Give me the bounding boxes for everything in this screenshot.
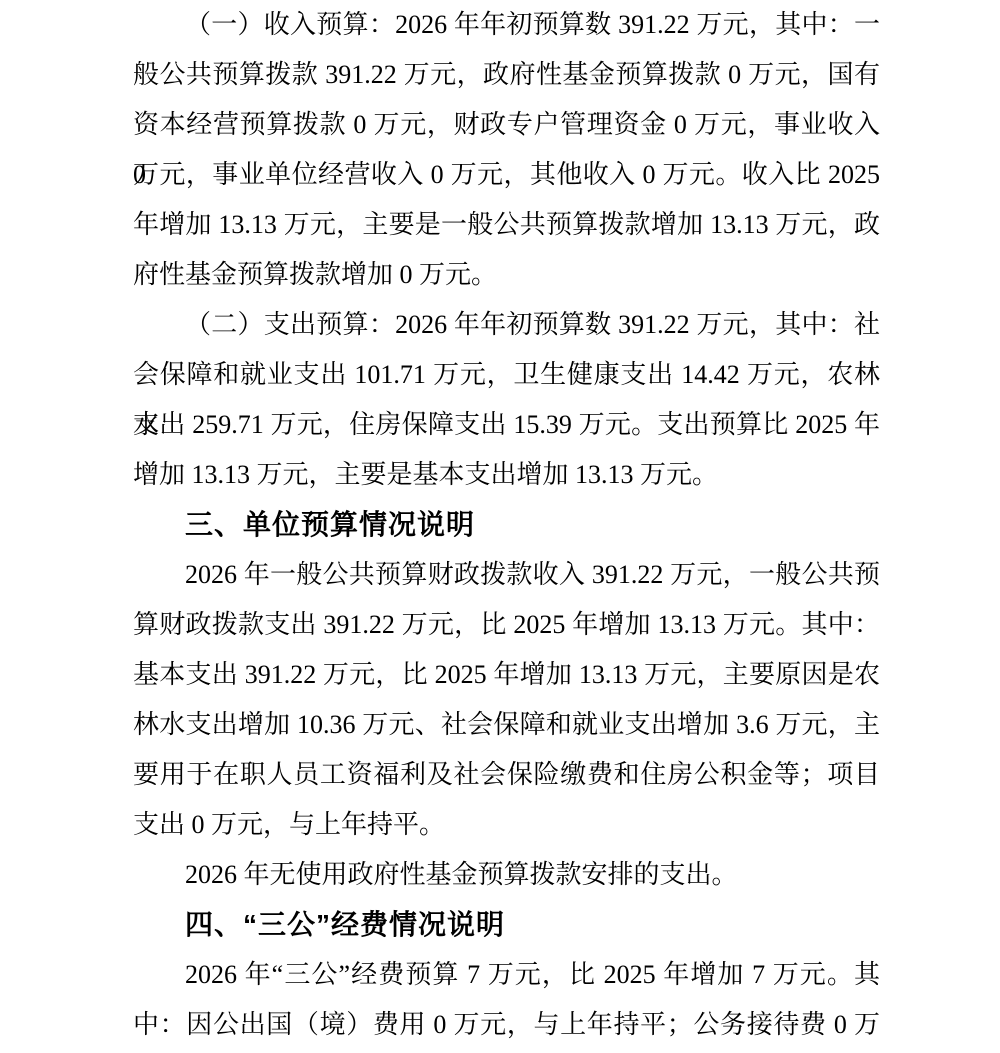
section-heading: 三、单位预算情况说明 <box>133 500 880 550</box>
budget-document-page: （一）收入预算：2026 年年初预算数 391.22 万元，其中：一 般公共预算… <box>0 0 1000 1053</box>
text-line: （一）收入预算：2026 年年初预算数 391.22 万元，其中：一 <box>133 0 880 50</box>
text-line: 林水支出增加 10.36 万元、社会保障和就业支出增加 3.6 万元，主 <box>133 700 880 750</box>
section-heading: 四、“三公”经费情况说明 <box>133 900 880 950</box>
text-line: 支出 0 万元，与上年持平。 <box>133 800 880 850</box>
text-line: （二）支出预算：2026 年年初预算数 391.22 万元，其中：社 <box>133 300 880 350</box>
text-line: 中：因公出国（境）费用 0 万元，与上年持平；公务接待费 0 万元， <box>133 1000 880 1050</box>
text-line: 2026 年无使用政府性基金预算拨款安排的支出。 <box>133 850 880 900</box>
text-line: 支出 259.71 万元，住房保障支出 15.39 万元。支出预算比 2025 … <box>133 400 880 450</box>
text-line: 府性基金预算拨款增加 0 万元。 <box>133 250 880 300</box>
text-line: 算财政拨款支出 391.22 万元，比 2025 年增加 13.13 万元。其中… <box>133 600 880 650</box>
text-line: 资本经营预算拨款 0 万元，财政专户管理资金 0 万元，事业收入 0 <box>133 100 880 150</box>
text-line: 般公共预算拨款 391.22 万元，政府性基金预算拨款 0 万元，国有 <box>133 50 880 100</box>
text-line: 要用于在职人员工资福利及社会保险缴费和住房公积金等；项目 <box>133 750 880 800</box>
text-line: 会保障和就业支出 101.71 万元，卫生健康支出 14.42 万元，农林水 <box>133 350 880 400</box>
text-line: 万元，事业单位经营收入 0 万元，其他收入 0 万元。收入比 2025 <box>133 150 880 200</box>
text-line: 2026 年一般公共预算财政拨款收入 391.22 万元，一般公共预 <box>133 550 880 600</box>
text-line: 增加 13.13 万元，主要是基本支出增加 13.13 万元。 <box>133 450 880 500</box>
text-line: 2026 年“三公”经费预算 7 万元，比 2025 年增加 7 万元。其 <box>133 950 880 1000</box>
text-line: 年增加 13.13 万元，主要是一般公共预算拨款增加 13.13 万元，政 <box>133 200 880 250</box>
document-text-block: （一）收入预算：2026 年年初预算数 391.22 万元，其中：一 般公共预算… <box>133 0 880 1050</box>
text-line: 基本支出 391.22 万元，比 2025 年增加 13.13 万元，主要原因是… <box>133 650 880 700</box>
